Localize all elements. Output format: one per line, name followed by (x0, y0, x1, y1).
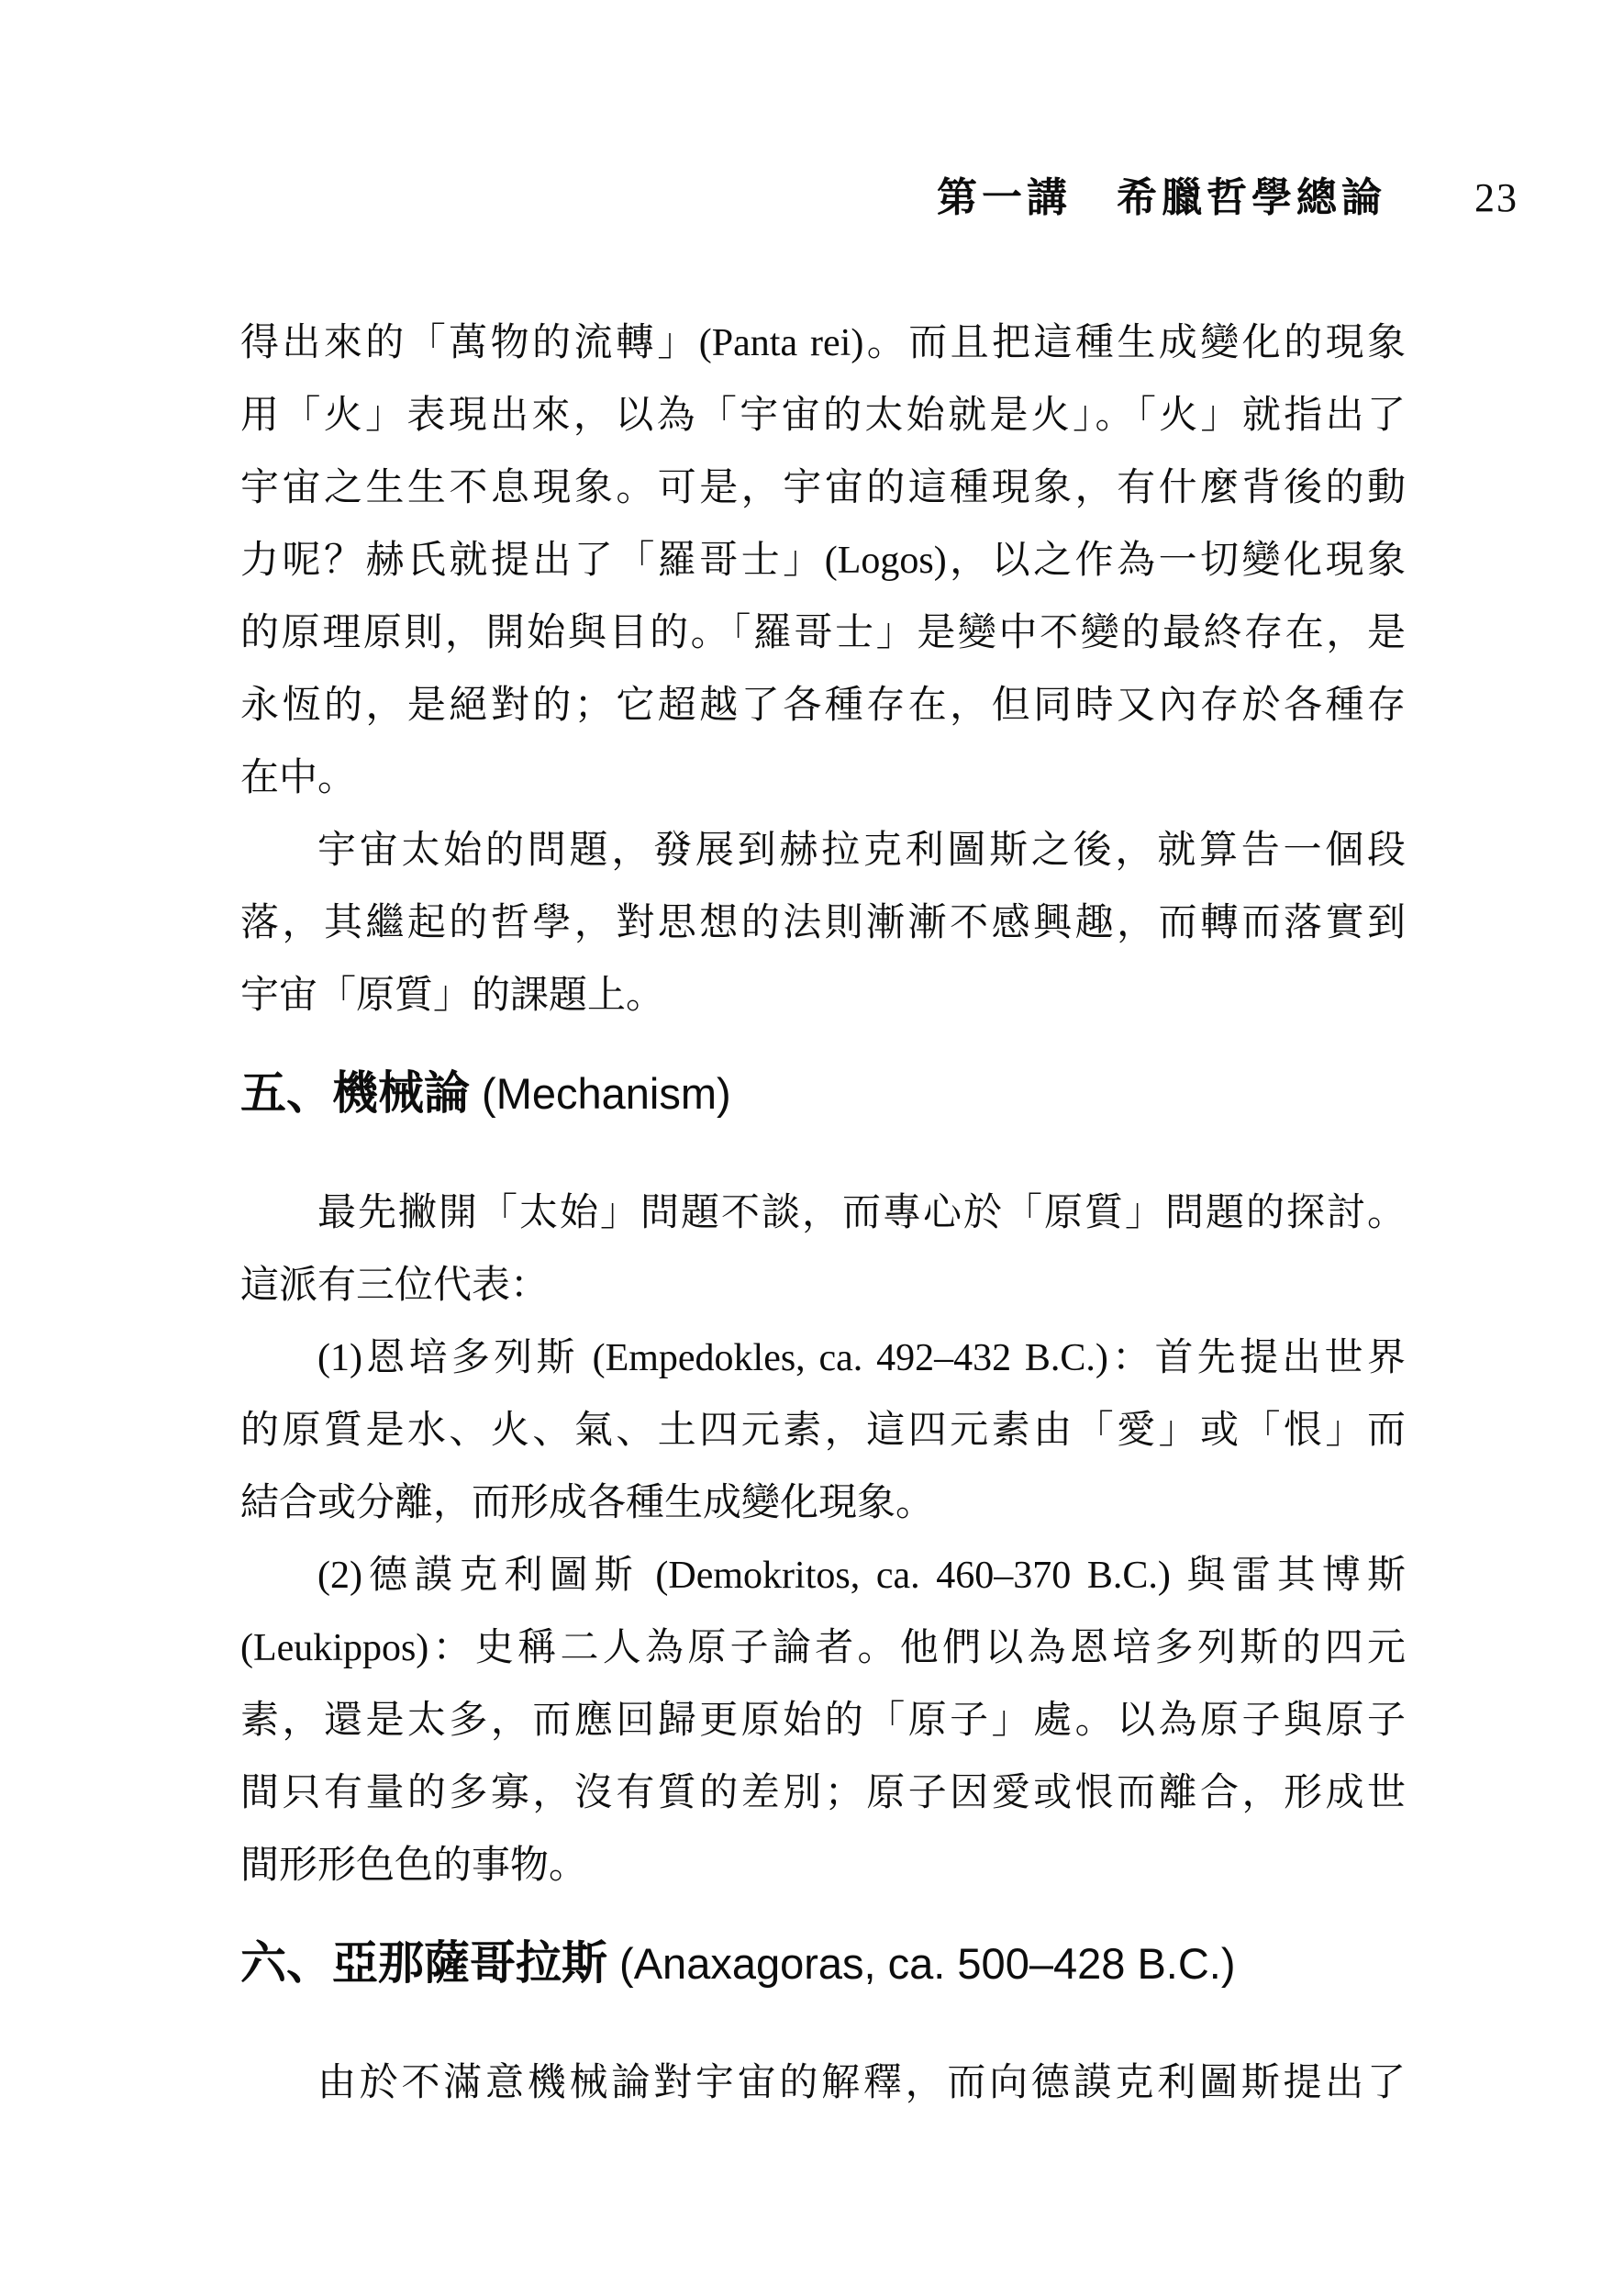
section-heading: 六、亞那薩哥拉斯 (Anaxagoras, ca. 500–428 B.C.) (240, 1930, 1406, 1997)
chapter-title: 第一講 希臘哲學總論 (937, 173, 1386, 224)
text-line: (2)德謨克利圖斯 (Demokritos, ca. 460–370 B.C.)… (240, 1540, 1406, 1612)
text-line: 宇宙太始的問題，發展到赫拉克利圖斯之後，就算告一個段 (240, 815, 1406, 887)
heading-latin-text: (Mechanism) (470, 1069, 731, 1118)
paragraph: 由於不滿意機械論對宇宙的解釋，而向德謨克利圖斯提出了 (240, 2047, 1406, 2120)
paragraph: (2)德謨克利圖斯 (Demokritos, ca. 460–370 B.C.)… (240, 1540, 1406, 1902)
text-line: 間形形色色的事物。 (240, 1830, 1406, 1902)
paragraph: (1)恩培多列斯 (Empedokles, ca. 492–432 B.C.)：… (240, 1322, 1406, 1540)
running-head: 第一講 希臘哲學總論 23 (240, 173, 1518, 224)
text-line: 在中。 (240, 742, 1406, 815)
text-line: 的原質是水、火、氣、土四元素，這四元素由「愛」或「恨」而 (240, 1395, 1406, 1467)
text-line: 的原理原則，開始與目的。「羅哥士」是變中不變的最終存在，是 (240, 597, 1406, 670)
text-line: (1)恩培多列斯 (Empedokles, ca. 492–432 B.C.)：… (240, 1322, 1406, 1395)
text-line: 宇宙「原質」的課題上。 (240, 960, 1406, 1032)
section-heading: 五、機械論 (Mechanism) (240, 1060, 1406, 1127)
paragraph: 得出來的「萬物的流轉」(Panta rei)。而且把這種生成變化的現象用「火」表… (240, 307, 1406, 815)
page-body: 得出來的「萬物的流轉」(Panta rei)。而且把這種生成變化的現象用「火」表… (240, 307, 1406, 2120)
book-page: 第一講 希臘哲學總論 23 得出來的「萬物的流轉」(Panta rei)。而且把… (0, 0, 1624, 2275)
text-line: 用「火」表現出來，以為「宇宙的太始就是火」。「火」就指出了 (240, 380, 1406, 452)
text-line: 得出來的「萬物的流轉」(Panta rei)。而且把這種生成變化的現象 (240, 307, 1406, 380)
text-line: 力呢？赫氏就提出了「羅哥士」(Logos)，以之作為一切變化現象 (240, 525, 1406, 597)
text-line: 由於不滿意機械論對宇宙的解釋，而向德謨克利圖斯提出了 (240, 2047, 1406, 2120)
text-line: (Leukippos)：史稱二人為原子論者。他們以為恩培多列斯的四元 (240, 1612, 1406, 1685)
text-line: 最先撇開「太始」問題不談，而專心於「原質」問題的探討。 (240, 1177, 1406, 1250)
text-line: 這派有三位代表： (240, 1250, 1406, 1322)
paragraph: 宇宙太始的問題，發展到赫拉克利圖斯之後，就算告一個段落，其繼起的哲學，對思想的法… (240, 815, 1406, 1032)
text-line: 結合或分離，而形成各種生成變化現象。 (240, 1467, 1406, 1540)
text-line: 素，還是太多，而應回歸更原始的「原子」處。以為原子與原子 (240, 1685, 1406, 1757)
text-line: 永恆的，是絕對的；它超越了各種存在，但同時又內存於各種存 (240, 670, 1406, 742)
heading-chinese-text: 五、機械論 (240, 1067, 470, 1119)
page-number: 23 (1474, 173, 1518, 224)
text-line: 間只有量的多寡，沒有質的差別；原子因愛或恨而離合，形成世 (240, 1757, 1406, 1830)
heading-chinese-text: 六、亞那薩哥拉斯 (240, 1937, 607, 1989)
paragraph: 最先撇開「太始」問題不談，而專心於「原質」問題的探討。這派有三位代表： (240, 1177, 1406, 1322)
text-line: 落，其繼起的哲學，對思想的法則漸漸不感興趣，而轉而落實到 (240, 887, 1406, 960)
text-line: 宇宙之生生不息現象。可是，宇宙的這種現象，有什麼背後的動 (240, 452, 1406, 525)
heading-latin-text: (Anaxagoras, ca. 500–428 B.C.) (607, 1939, 1236, 1988)
